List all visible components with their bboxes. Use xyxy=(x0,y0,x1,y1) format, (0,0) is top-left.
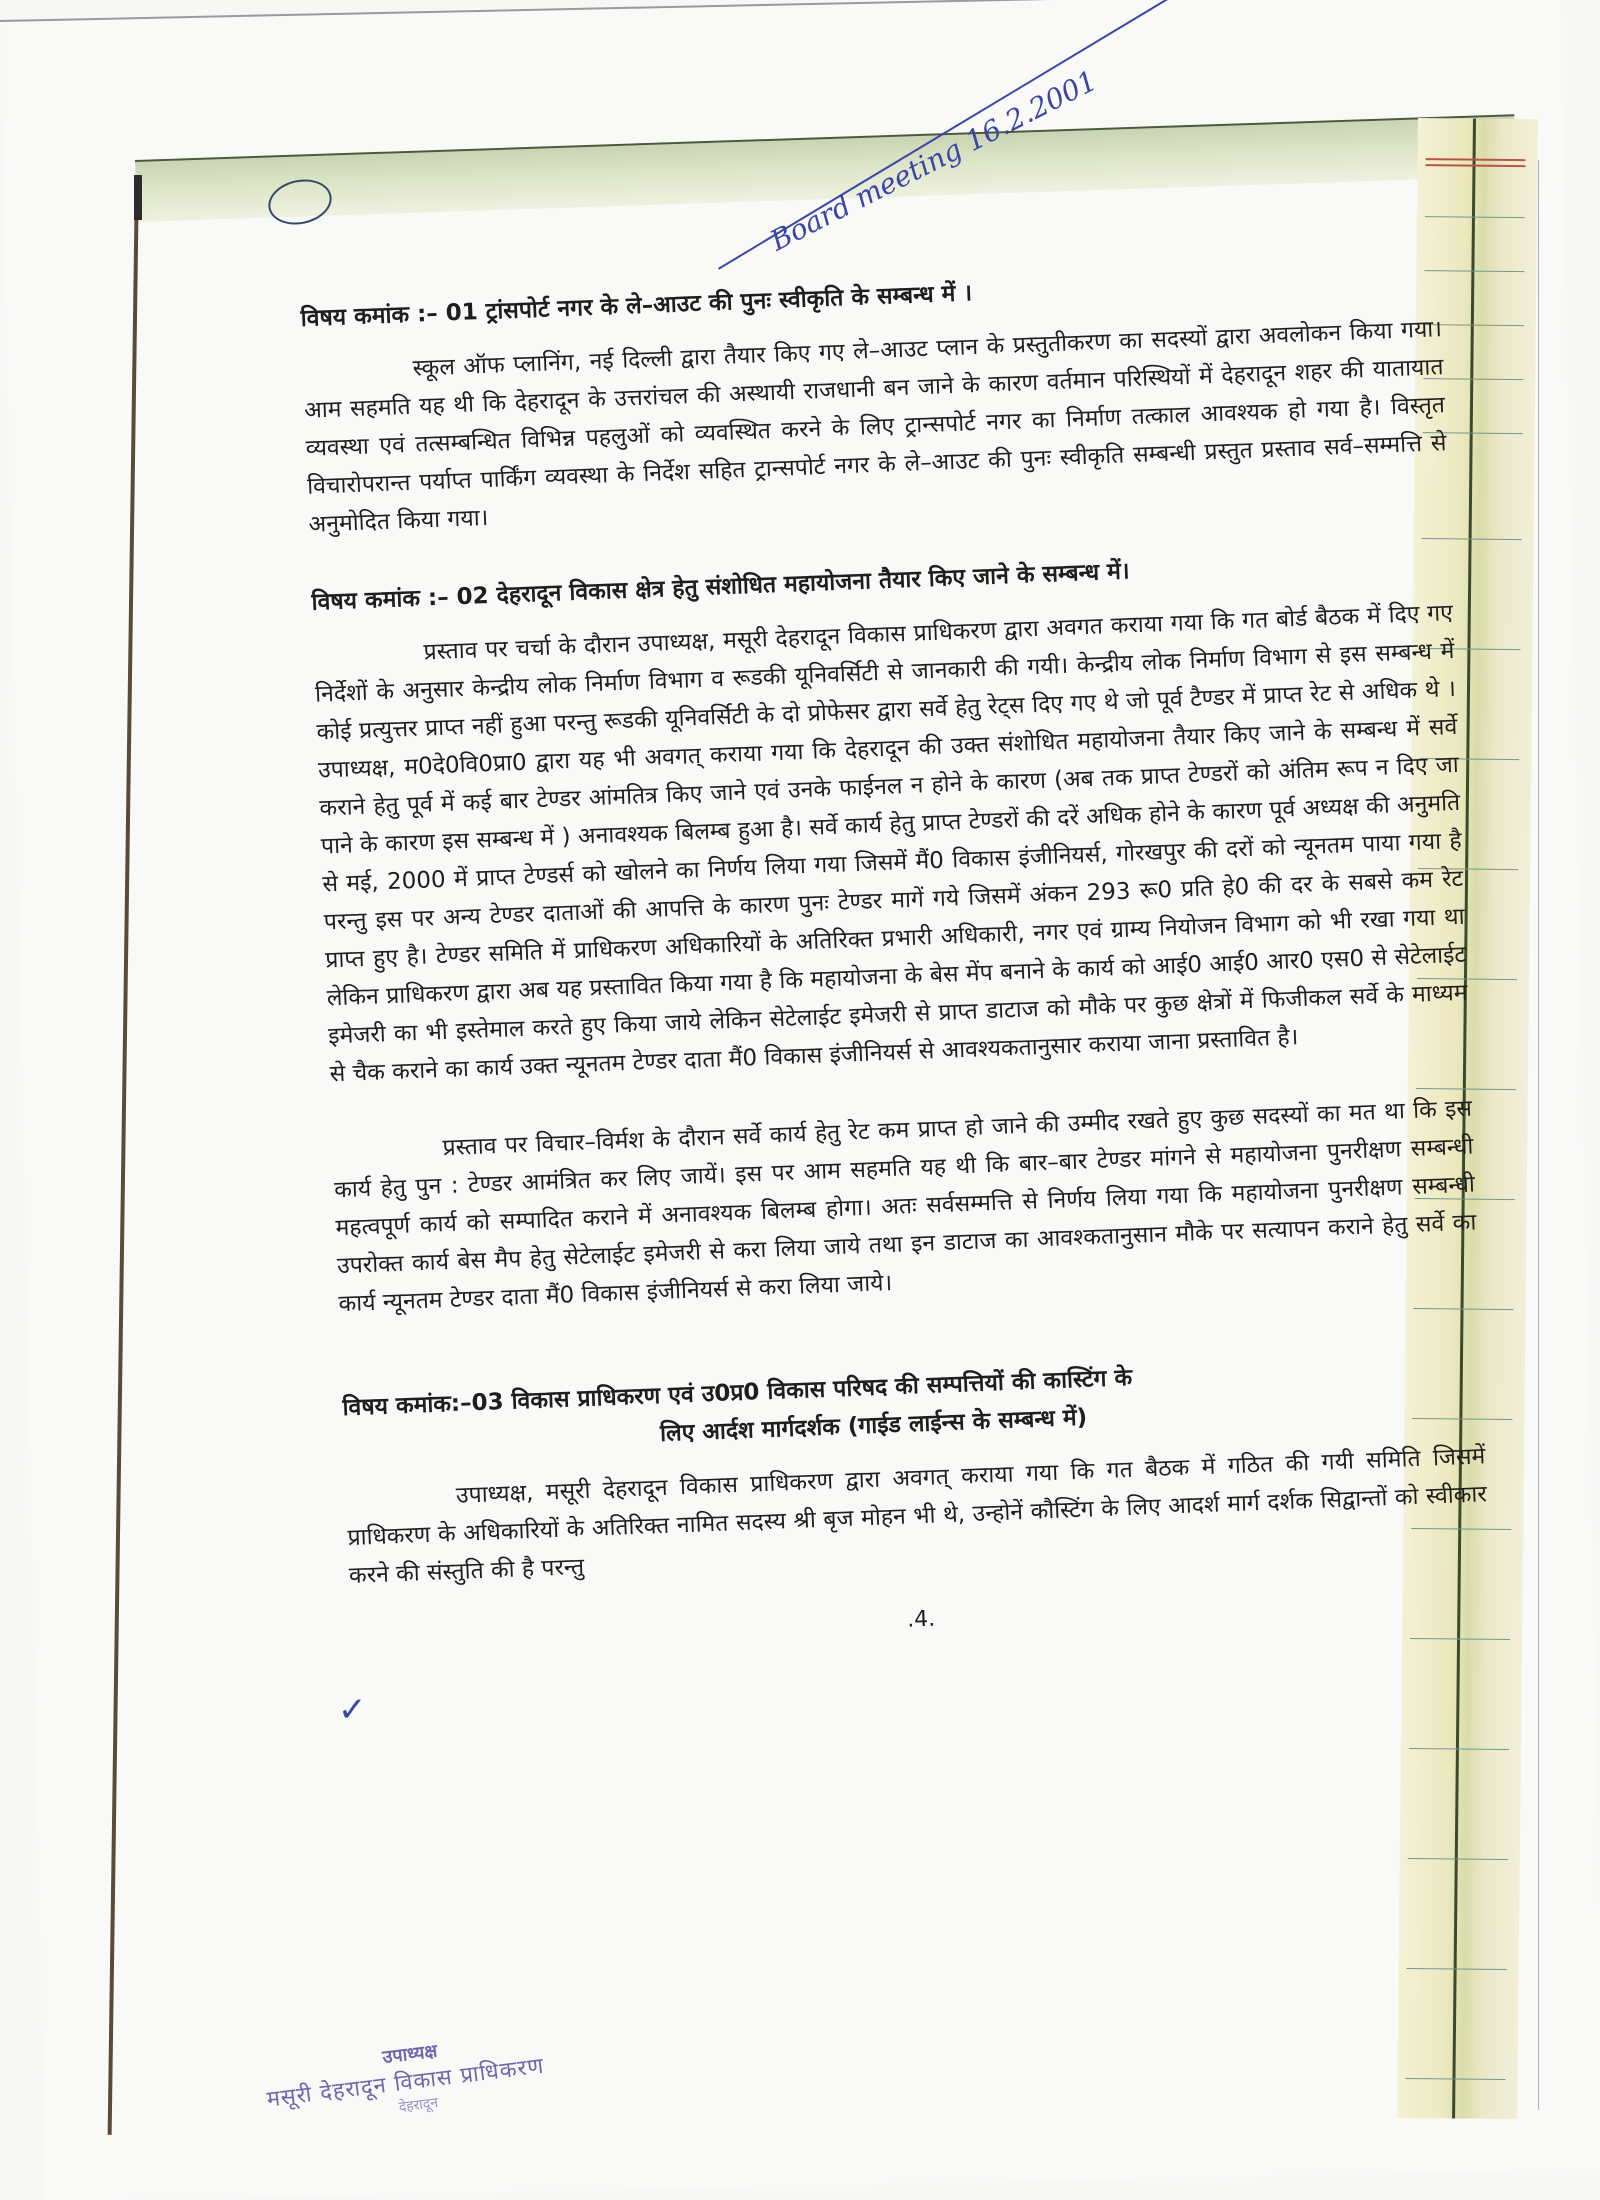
tape-rule-line xyxy=(1408,1858,1508,1860)
tape-rule-line xyxy=(1409,1748,1509,1750)
subject-01-paragraph: स्कूल ऑफ प्लानिंग, नई दिल्ली द्वारा तैया… xyxy=(302,310,1448,544)
tape-rule-line xyxy=(1425,164,1525,167)
scanned-page: Board meeting 16.2.2001 विषय कमांक :– 01… xyxy=(0,0,1600,2200)
right-page-edge xyxy=(1538,160,1539,2110)
subject-02-paragraph-1: प्रस्ताव पर चर्चा के दौरान उपाध्यक्ष, मस… xyxy=(313,594,1470,1093)
document-body: विषय कमांक :– 01 ट्रांसपोर्ट नगर के ले–आ… xyxy=(300,256,1492,1683)
checkmark-icon: ✓ xyxy=(338,1690,367,1730)
subject-02-paragraph-2: प्रस्ताव पर विचार–विर्मश के दौरान सर्वे … xyxy=(332,1090,1478,1324)
left-edge-corner xyxy=(134,175,142,220)
subject-03-paragraph: उपाध्यक्ष, मसूरी देहरादून विकास प्राधिकर… xyxy=(345,1437,1489,1595)
tape-rule-line xyxy=(1426,158,1526,161)
